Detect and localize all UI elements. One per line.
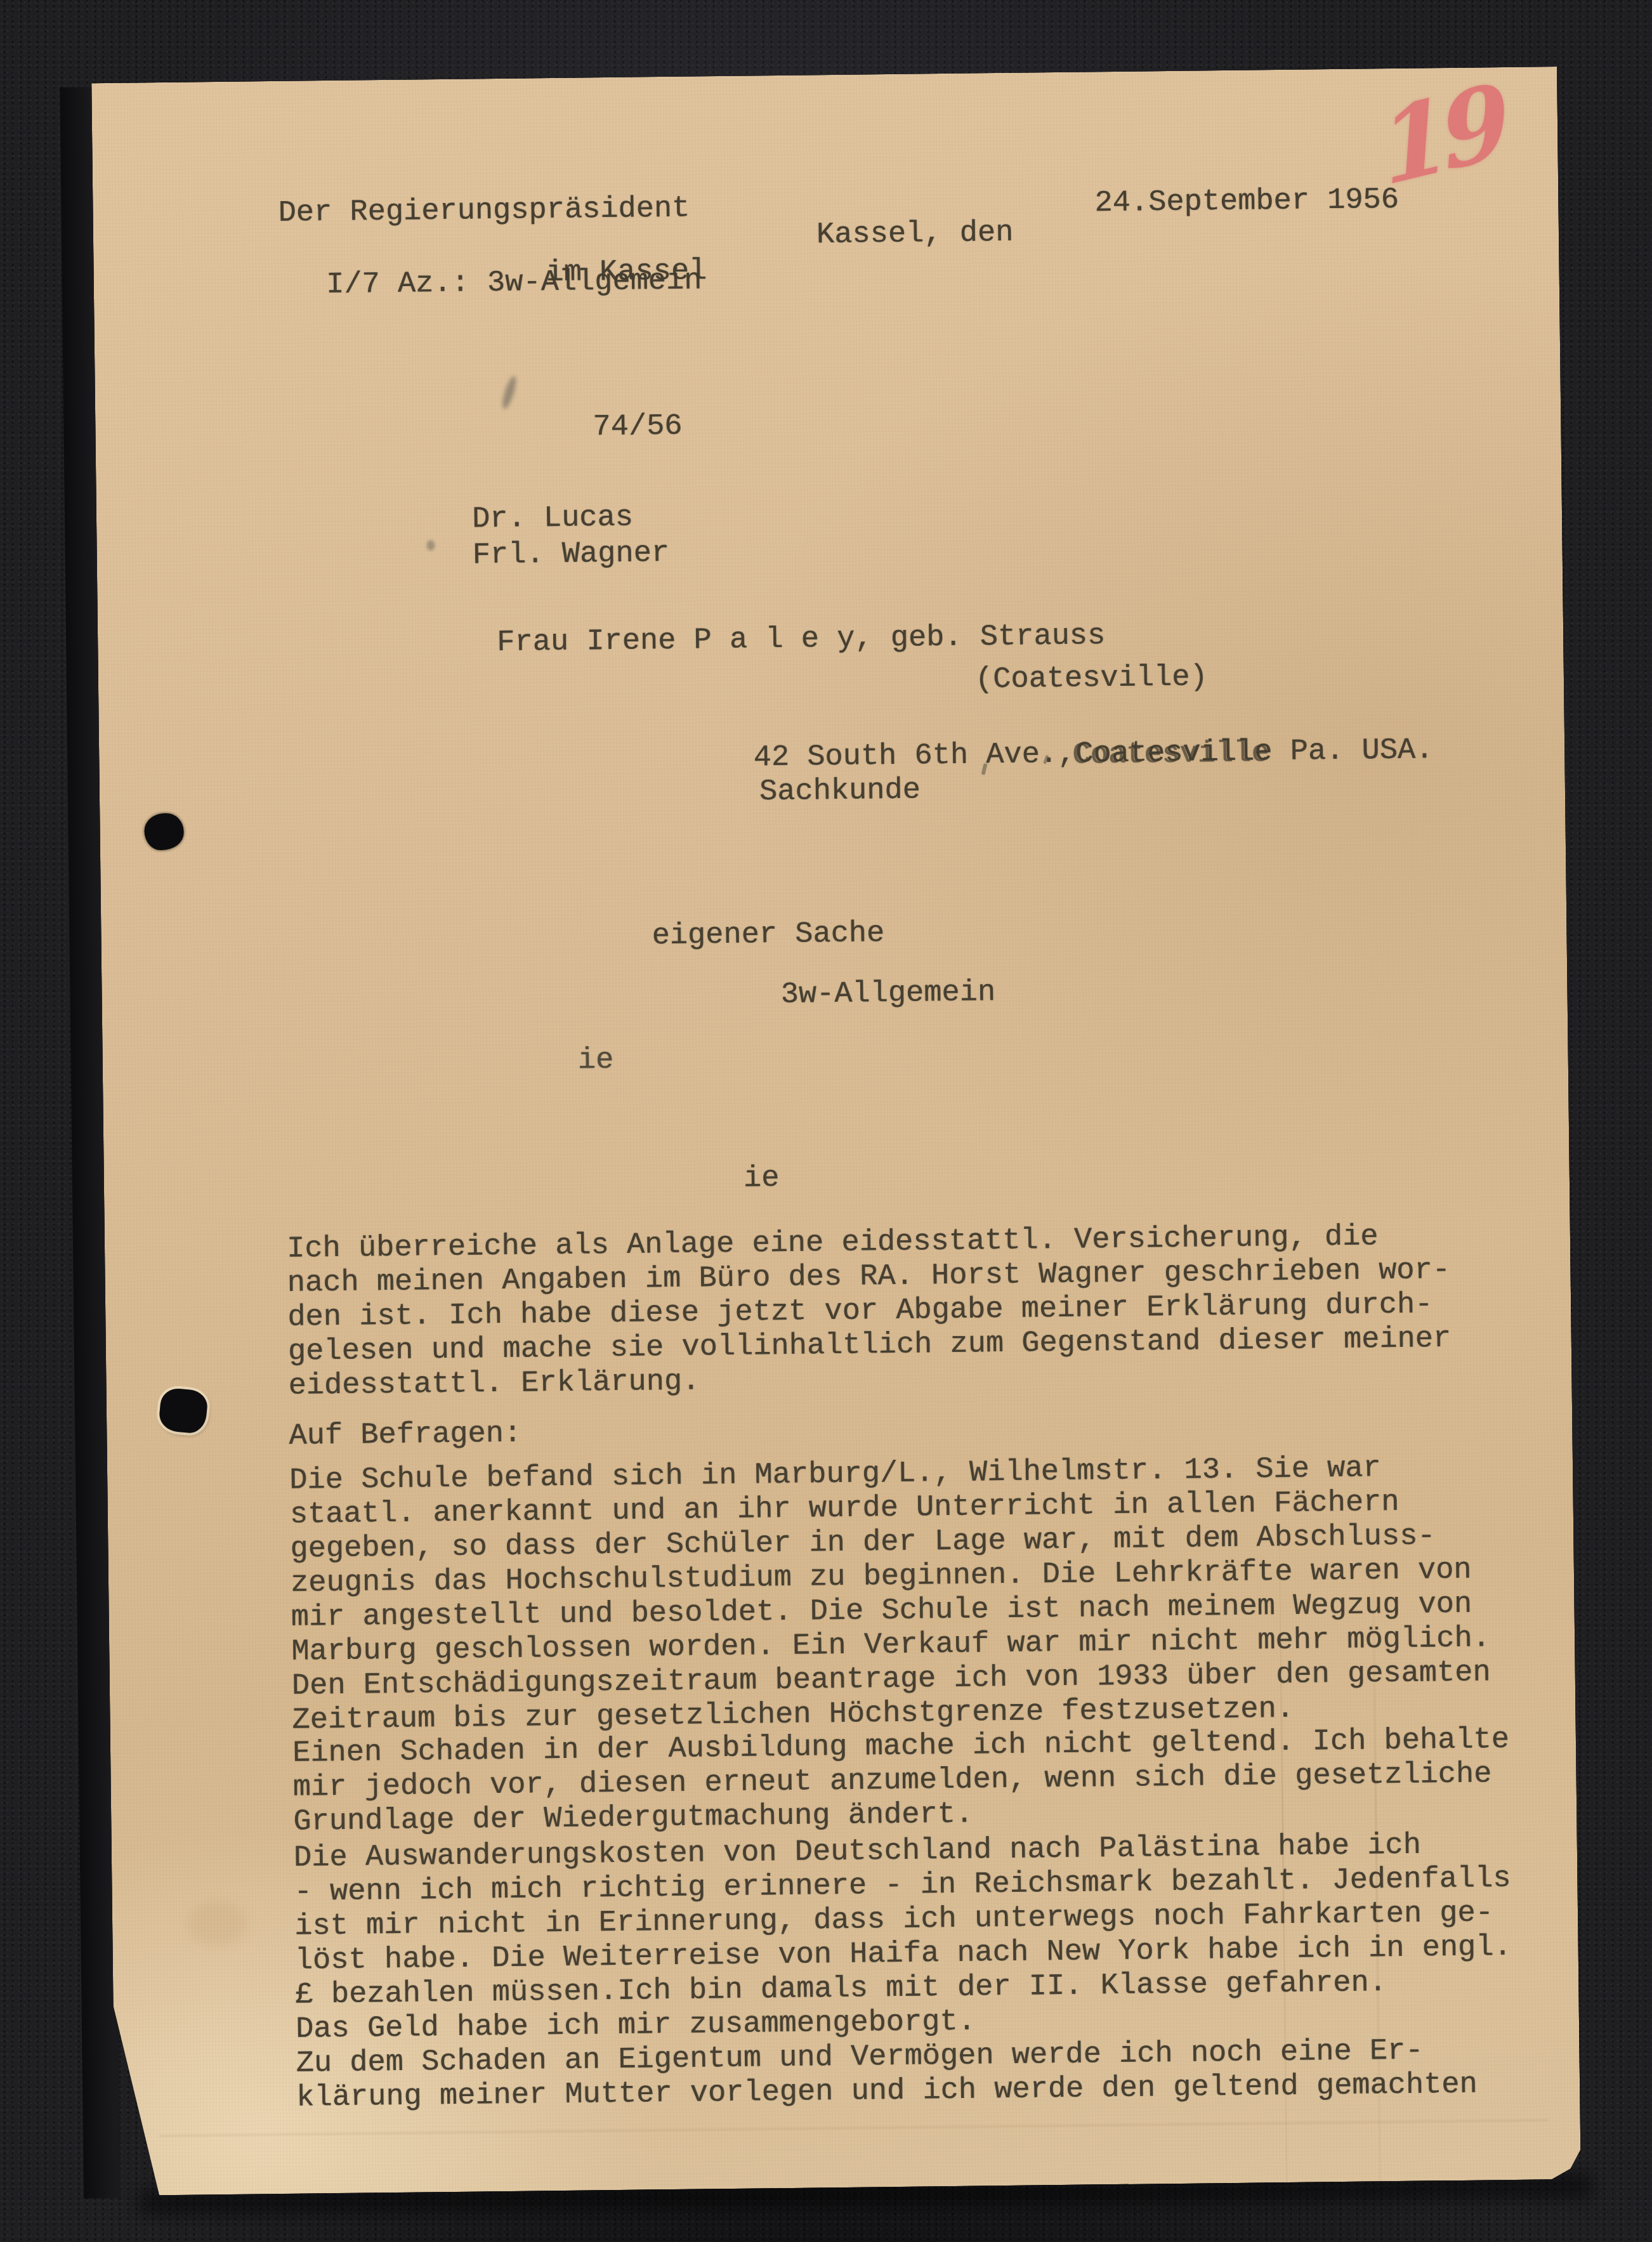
date-line: 24.September 1956 <box>1094 183 1399 221</box>
scanned-letter-page: 19 Der Regierungspräsident I/7 Az.: 3w-A… <box>91 67 1581 2196</box>
paper-stain <box>187 1901 248 1948</box>
address-street: 42 South 6th Ave., <box>753 738 1075 775</box>
address-city-overtyped: Coatesville <box>1072 737 1269 773</box>
reference-overtyped-text: im Kassel <box>546 254 707 291</box>
body-line: eidesstattl. Erklärung. <box>288 1365 700 1403</box>
handler-line-1: Dr. Lucas <box>472 501 633 537</box>
interrogation-heading: Auf Befragen: <box>289 1417 521 1454</box>
file-note-reference: 3w-Allgemein <box>780 976 995 1013</box>
addressee-name: Frau Irene P a l e y, geb. Strauss <box>497 619 1106 660</box>
reference-line: I/7 Az.: 3w-Allgemeinim Kassel <box>218 230 702 338</box>
paper-crease-horizontal <box>159 2119 1549 2137</box>
punch-hole-bottom <box>158 1387 209 1434</box>
body-line: Grundlage der Wiedergutmachung ändert. <box>293 1798 973 1840</box>
addressee-city-note: (Coatesville) <box>975 660 1208 697</box>
reference-prefix: I/7 Az.: 3w- <box>326 266 541 302</box>
ink-smudge <box>500 375 518 410</box>
subject-keyword: Sachkunde <box>759 773 921 810</box>
ink-spot <box>426 540 435 551</box>
handler-line-2: Frl. Wagner <box>472 537 669 574</box>
paper-sheet: 19 Der Regierungspräsident I/7 Az.: 3w-A… <box>91 67 1581 2196</box>
reference-overstrike-group: Allgemeinim Kassel <box>541 264 702 300</box>
stray-type-mark-2: ie <box>744 1162 780 1196</box>
file-note-eigener-sache: eigener Sache <box>652 917 884 954</box>
address-country: Pa. USA. <box>1272 733 1433 769</box>
place-line: Kassel, den <box>816 216 1014 253</box>
punch-hole-top <box>144 813 184 851</box>
address-city-overstrike-group: CoatesvilleCoatesville <box>1075 735 1273 772</box>
sender-title: Der Regierungspräsident <box>278 192 690 231</box>
stray-type-mark-1: ie <box>577 1044 613 1078</box>
case-number: 74/56 <box>593 410 683 445</box>
